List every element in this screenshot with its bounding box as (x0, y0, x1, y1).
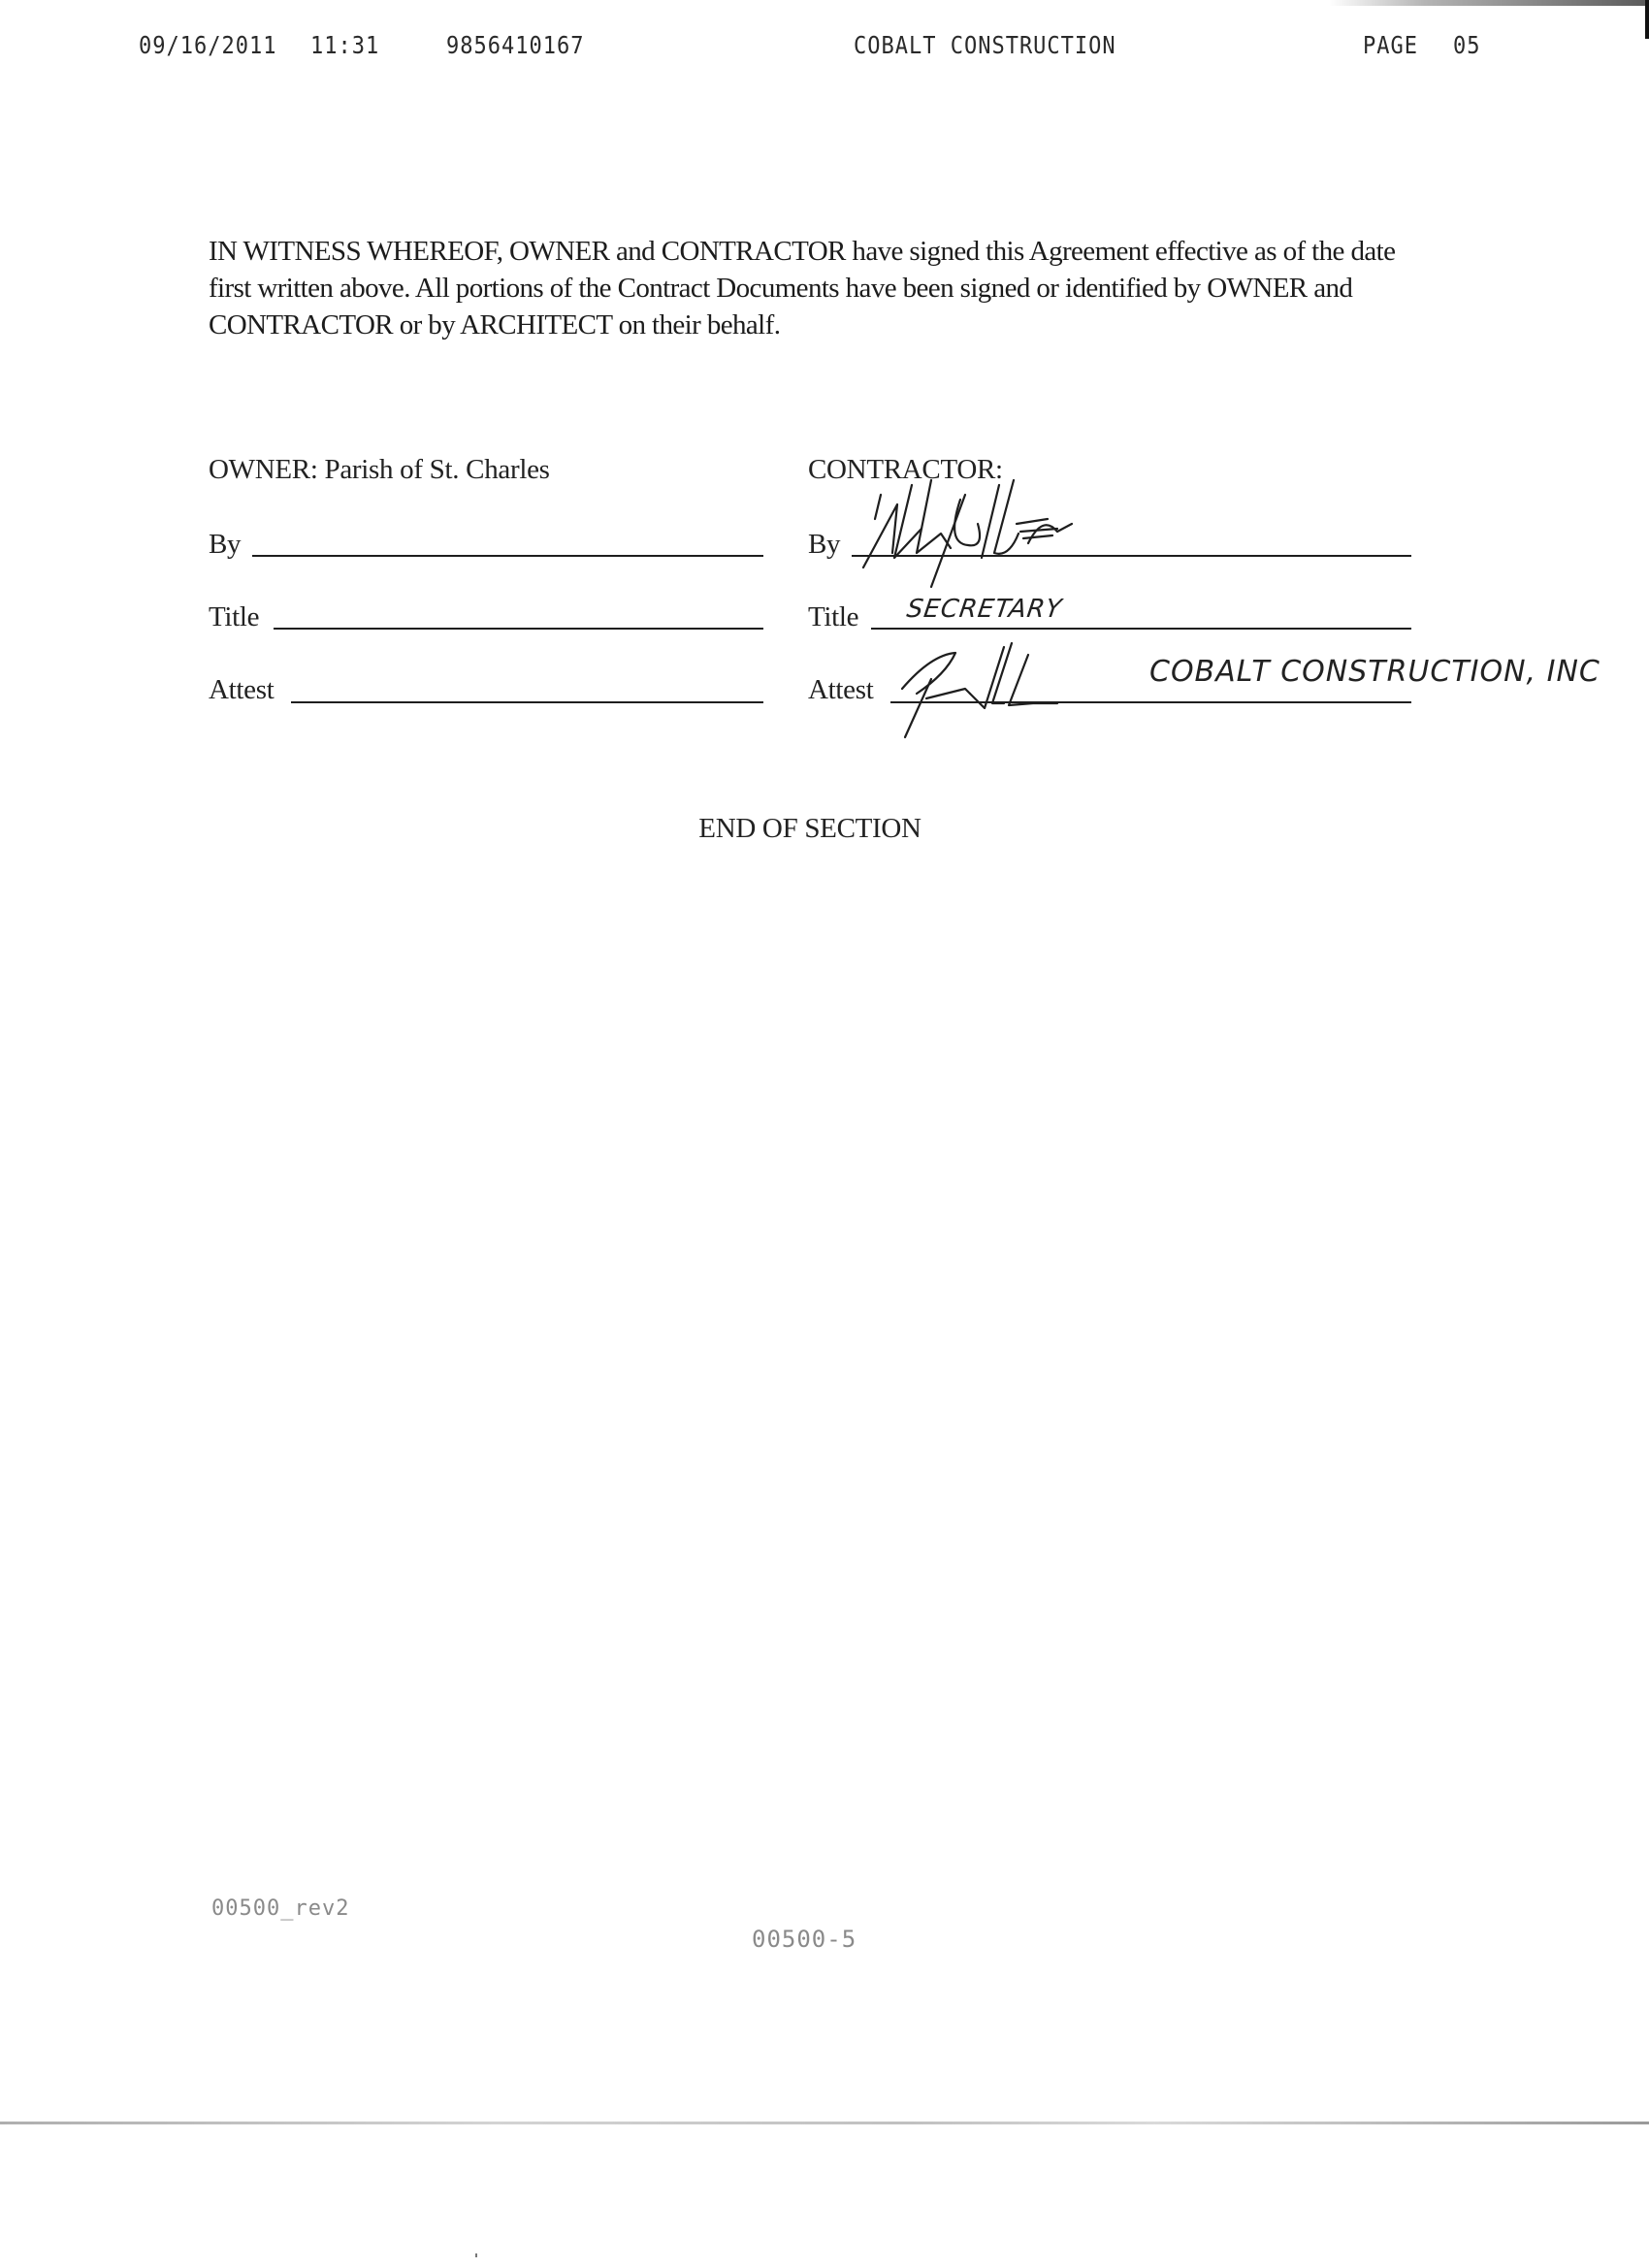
fax-sender: COBALT CONSTRUCTION (854, 32, 1116, 60)
witness-paragraph: IN WITNESS WHEREOF, OWNER and CONTRACTOR… (209, 233, 1440, 343)
owner-title-line[interactable] (274, 628, 763, 630)
end-of-section: END OF SECTION (0, 813, 1620, 845)
owner-attest-line[interactable] (291, 701, 763, 703)
scan-speck (475, 2253, 477, 2257)
contractor-attest-label: Attest (808, 674, 873, 706)
fax-page-number: 05 (1453, 32, 1481, 60)
owner-heading: OWNER: Parish of St. Charles (209, 454, 550, 486)
contractor-signature-scribble (854, 475, 1145, 592)
owner-by-label: By (209, 529, 241, 561)
owner-attest-label: Attest (209, 674, 274, 706)
contractor-company-handwritten: COBALT CONSTRUCTION, INC (1149, 655, 1600, 689)
fax-date: 09/16/2011 (139, 32, 276, 60)
contractor-title-handwritten: SECRETARY (905, 595, 1064, 624)
contractor-by-label: By (808, 529, 840, 561)
fax-phone: 9856410167 (446, 32, 584, 60)
contractor-title-label: Title (808, 601, 858, 633)
footer-revision-code: 00500_rev2 (211, 1896, 349, 1921)
scan-line-artifact (0, 2122, 1649, 2124)
scan-artifact-top-right (1329, 0, 1649, 6)
contractor-title-line[interactable] (871, 628, 1411, 630)
fax-page-label: PAGE (1363, 32, 1418, 60)
contractor-attest-scribble (888, 635, 1101, 742)
scan-edge-top-right (1645, 0, 1649, 39)
owner-title-label: Title (209, 601, 259, 633)
fax-time: 11:31 (310, 32, 379, 60)
owner-by-line[interactable] (252, 555, 763, 557)
footer-page-code: 00500-5 (752, 1926, 857, 1953)
